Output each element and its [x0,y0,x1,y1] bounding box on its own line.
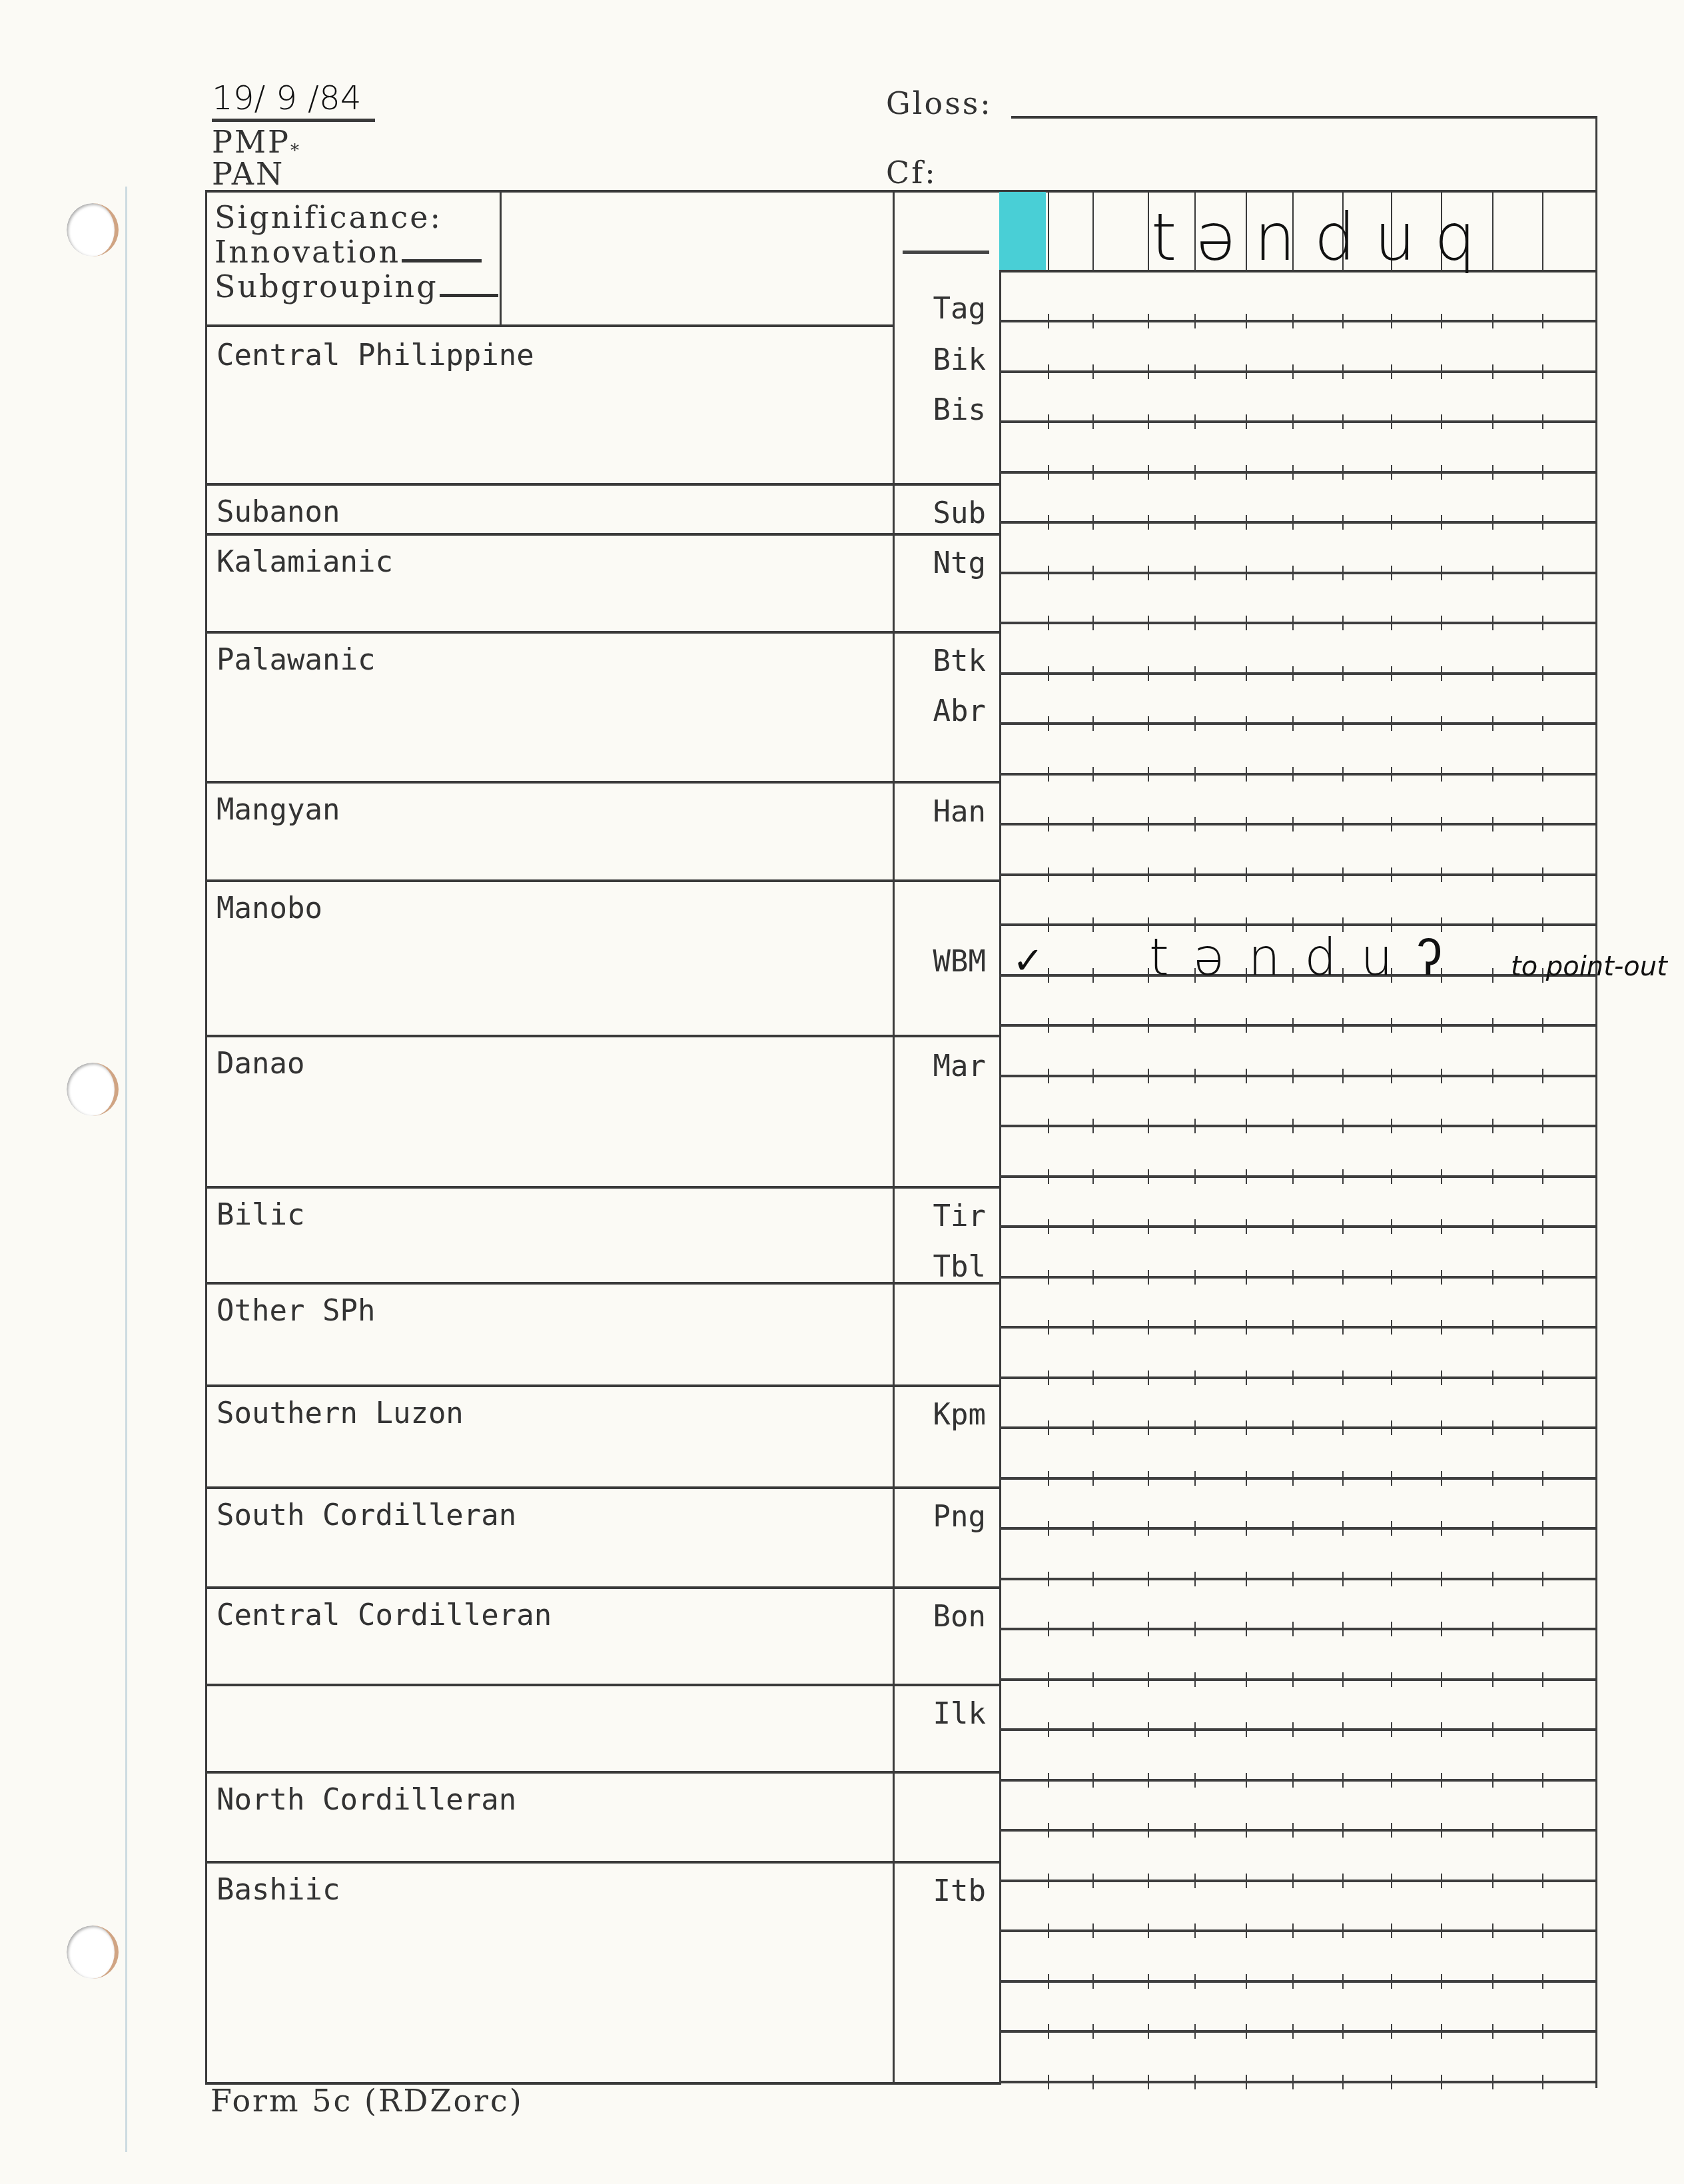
rule-tick [1542,465,1543,480]
rule-tick [1292,1471,1294,1486]
rule-tick [1391,1420,1392,1435]
innovation-field[interactable] [402,239,482,263]
rule-tick [1194,616,1196,630]
rule-tick [1048,414,1049,429]
rule-tick [1441,1874,1442,1888]
rule-tick [1148,616,1149,630]
entry-rule [999,320,1595,322]
rule-tick [1441,465,1442,480]
rule-tick [1441,314,1442,328]
rule-tick [1194,1018,1196,1033]
rule-tick [1292,1420,1294,1435]
rule-tick [1342,1119,1344,1133]
ruled-area-left-border [999,190,1001,2082]
rule-tick [1092,465,1094,480]
rule-tick [1194,414,1196,429]
rule-tick [1492,867,1493,882]
rule-tick [1441,1370,1442,1385]
group-name: Central Philippine [216,338,534,372]
rule-tick [1194,2075,1196,2089]
rule-tick [1441,1823,1442,1838]
rule-tick [1092,1370,1094,1385]
rule-tick [1048,917,1049,932]
rule-tick [1194,1270,1196,1285]
rule-tick [1194,1420,1196,1435]
rule-tick [1292,2075,1294,2089]
rule-tick [1292,515,1294,530]
rule-tick [1342,1672,1344,1687]
rule-tick [1441,2075,1442,2089]
rule-tick [1148,1672,1149,1687]
entry-rule [999,1276,1595,1279]
group-divider [205,631,1001,634]
group-name: Manobo [216,891,322,925]
rule-tick [1292,1672,1294,1687]
cf-field[interactable] [946,151,1592,188]
rule-tick [1492,1069,1493,1083]
rule-tick [1048,314,1049,328]
rule-tick [1342,1270,1344,1285]
rule-tick [1542,767,1543,782]
rule-tick [1441,515,1442,530]
rule-tick [1441,1169,1442,1184]
rule-tick [1194,1622,1196,1636]
rule-tick [1292,1069,1294,1083]
rule-tick [1246,2024,1247,2039]
rule-tick [1194,2024,1196,2039]
rule-tick [1492,1874,1493,1888]
rule-tick [1441,566,1442,580]
group-name: Bashiic [216,1873,340,1907]
rule-tick [1441,1119,1442,1133]
innovation-label: Innovation [214,234,400,270]
header-bottom-line [205,324,895,327]
rule-tick [1391,314,1392,328]
rule-tick [1048,1773,1049,1788]
rule-tick [1542,1069,1543,1083]
rule-tick [1148,1923,1149,1938]
rule-tick [1092,616,1094,630]
language-code-png: Png [886,1500,986,1534]
rule-tick [1342,666,1344,681]
form-id: Form 5c (RDZorc) [210,2083,524,2119]
rule-tick [1048,1622,1049,1636]
rule-tick [1246,2075,1247,2089]
group-name: Palawanic [216,643,375,677]
rule-tick [1342,1521,1344,1536]
rule-tick [1148,1823,1149,1838]
rule-tick [1292,1823,1294,1838]
rule-tick [1342,2075,1344,2089]
rule-tick [1092,515,1094,530]
rule-tick [1492,314,1493,328]
rule-tick [1492,515,1493,530]
rule-tick [1342,1722,1344,1737]
rule-tick [1342,1169,1344,1184]
rule-tick [1246,1874,1247,1888]
rule-tick [1441,1622,1442,1636]
rule-tick [1391,666,1392,681]
rule-tick [1391,1219,1392,1234]
entry-rule [999,1628,1595,1630]
rule-tick [1391,1722,1392,1737]
rule-tick [1492,1119,1493,1133]
rule-tick [1092,1018,1094,1033]
rule-tick [1048,465,1049,480]
rule-tick [1391,1923,1392,1938]
group-divider [205,1486,1001,1489]
rule-tick [1391,1471,1392,1486]
language-code-han: Han [886,795,986,829]
group-name: Mangyan [216,793,340,827]
group-divider [205,1035,1001,1037]
rule-tick [1048,1119,1049,1133]
rule-tick [1342,2024,1344,2039]
rule-tick [1441,1320,1442,1335]
rule-tick [1246,666,1247,681]
rule-tick [1048,1471,1049,1486]
rule-tick [1342,1923,1344,1938]
rule-tick [1148,364,1149,379]
rule-tick [1342,566,1344,580]
rule-tick [1148,314,1149,328]
rule-tick [1194,1672,1196,1687]
rule-tick [1391,1370,1392,1385]
rule-tick [1441,1018,1442,1033]
rule-tick [1492,465,1493,480]
rule-tick [1194,817,1196,831]
level-2-label: PAN [212,156,284,192]
rule-tick [1542,1270,1543,1285]
language-code-ilk: Ilk [886,1697,986,1731]
prefix-blank-line [903,251,989,254]
right-border [1595,116,1597,2088]
rule-tick [1148,1270,1149,1285]
rule-tick [1148,465,1149,480]
rule-tick [1048,716,1049,731]
rule-tick [1492,1320,1493,1335]
rule-tick [1048,515,1049,530]
rule-tick [1246,1974,1247,1989]
rule-tick [1092,364,1094,379]
rule-tick [1391,414,1392,429]
entry-rule [999,1728,1595,1731]
subgrouping-field[interactable] [440,274,498,297]
rule-tick [1542,2075,1543,2089]
rule-tick [1246,767,1247,782]
rule-tick [1194,1974,1196,1989]
letter-cell-divider [1092,192,1094,271]
rule-tick [1342,1622,1344,1636]
rule-tick [1342,1773,1344,1788]
rule-tick [1194,364,1196,379]
rule-tick [1391,1018,1392,1033]
rule-tick [1292,414,1294,429]
rule-tick [1542,1521,1543,1536]
rule-tick [1092,1069,1094,1083]
rule-tick [1246,1169,1247,1184]
entry-rule [999,1477,1595,1480]
rule-tick [1194,1169,1196,1184]
rule-tick [1492,1622,1493,1636]
rule-tick [1148,1722,1149,1737]
entry-rule [999,1225,1595,1228]
rule-tick [1441,414,1442,429]
rule-tick [1391,616,1392,630]
rule-tick [1292,1320,1294,1335]
rule-tick [1342,1420,1344,1435]
rule-tick [1048,566,1049,580]
rule-tick [1391,1974,1392,1989]
rule-tick [1092,1521,1094,1536]
gloss-label: Gloss: [886,85,993,121]
group-name: Bilic [216,1198,304,1232]
rule-tick [1194,1773,1196,1788]
language-code-bik: Bik [886,343,986,377]
rule-tick [1092,716,1094,731]
language-code-tbl: Tbl [886,1250,986,1284]
rule-tick [1092,1923,1094,1938]
left-border [205,190,207,2082]
rule-tick [1048,1722,1049,1737]
entry-rule [999,1426,1595,1429]
rule-tick [1391,1823,1392,1838]
rule-tick [1391,1521,1392,1536]
rule-tick [1246,616,1247,630]
rule-tick [1246,1672,1247,1687]
rule-tick [1542,666,1543,681]
rule-tick [1441,1974,1442,1989]
rule-tick [1246,867,1247,882]
language-code-wbm: WBM [886,945,986,979]
rule-tick [1292,364,1294,379]
group-name: Other SPh [216,1294,375,1328]
rule-tick [1194,1320,1196,1335]
rule-tick [1246,1219,1247,1234]
rule-tick [1292,566,1294,580]
rule-tick [1342,1572,1344,1586]
rule-tick [1391,364,1392,379]
rule-tick [1292,2024,1294,2039]
group-name: Danao [216,1047,304,1081]
rule-tick [1542,1823,1543,1838]
rule-tick [1542,1119,1543,1133]
rule-tick [1492,1773,1493,1788]
rule-tick [1148,1974,1149,1989]
rule-tick [1246,364,1247,379]
rule-tick [1148,716,1149,731]
rule-tick [1246,566,1247,580]
rule-tick [1542,1370,1543,1385]
entry-rule [999,471,1595,474]
rule-tick [1441,1420,1442,1435]
rule-tick [1391,2024,1392,2039]
wbm-check-mark: ✓ [1013,939,1044,983]
rule-tick [1342,1219,1344,1234]
rule-tick [1092,314,1094,328]
subgrouping-label: Subgrouping [214,269,438,304]
rule-tick [1148,1572,1149,1586]
rule-tick [1194,515,1196,530]
rule-tick [1148,1420,1149,1435]
group-divider [205,483,1001,486]
rule-tick [1048,616,1049,630]
rule-tick [1342,515,1344,530]
entry-rule [999,572,1595,574]
rule-tick [1148,817,1149,831]
rule-tick [1292,616,1294,630]
rule-tick [1342,1471,1344,1486]
rule-tick [1292,1521,1294,1536]
rule-tick [1048,1270,1049,1285]
rule-tick [1542,1722,1543,1737]
rule-tick [1048,2075,1049,2089]
rule-tick [1048,1672,1049,1687]
language-code-ntg: Ntg [886,546,986,580]
rule-tick [1292,666,1294,681]
rule-tick [1492,817,1493,831]
rule-tick [1246,1923,1247,1938]
rule-tick [1194,314,1196,328]
rule-tick [1542,314,1543,328]
rule-tick [1391,1169,1392,1184]
rule-tick [1492,1370,1493,1385]
rule-tick [1048,1874,1049,1888]
date-written: 19/ 9 /84 [212,79,362,117]
entry-rule [999,1578,1595,1580]
rule-tick [1092,767,1094,782]
rule-tick [1194,1119,1196,1133]
group-divider [205,1186,1001,1189]
rule-tick [1492,1572,1493,1586]
rule-tick [1092,1320,1094,1335]
language-code-bis: Bis [886,393,986,427]
rule-tick [1048,666,1049,681]
entry-rule [999,622,1595,624]
rule-tick [1542,817,1543,831]
rule-tick [1092,1773,1094,1788]
rule-tick [1492,414,1493,429]
rule-tick [1342,1874,1344,1888]
rule-tick [1048,1370,1049,1385]
rule-tick [1542,1320,1543,1335]
rule-tick [1048,1923,1049,1938]
language-code-abr: Abr [886,694,986,728]
group-divider [205,781,1001,784]
rule-tick [1148,566,1149,580]
rule-tick [1246,1823,1247,1838]
rule-tick [1441,666,1442,681]
rule-tick [1194,716,1196,731]
rule-tick [1342,364,1344,379]
rule-tick [1391,1773,1392,1788]
rule-tick [1441,1672,1442,1687]
rule-tick [1342,1069,1344,1083]
rule-tick [1246,1018,1247,1033]
binder-hole-middle [67,1063,119,1116]
rule-tick [1342,716,1344,731]
rule-tick [1441,716,1442,731]
rule-tick [1441,364,1442,379]
rule-tick [1441,2024,1442,2039]
subgrouping-row: Subgrouping [214,269,498,304]
entry-rule [999,1326,1595,1329]
rule-tick [1492,917,1493,932]
rule-tick [1441,1270,1442,1285]
entry-rule [999,2081,1595,2083]
rule-tick [1542,867,1543,882]
rule-tick [1092,1169,1094,1184]
rule-tick [1542,1572,1543,1586]
rule-tick [1048,2024,1049,2039]
letter-cell-divider [1542,192,1543,271]
rule-tick [1092,666,1094,681]
rule-tick [1246,1521,1247,1536]
rule-tick [1048,1572,1049,1586]
rule-tick [1542,1923,1543,1938]
gloss-field[interactable] [1013,80,1592,116]
language-code-kpm: Kpm [886,1398,986,1432]
rule-tick [1492,767,1493,782]
rule-tick [1542,2024,1543,2039]
asterisk-mark: * [290,141,301,161]
rule-tick [1092,1874,1094,1888]
rule-tick [1391,1672,1392,1687]
rule-tick [1048,1069,1049,1083]
rule-tick [1292,1622,1294,1636]
rule-tick [1092,566,1094,580]
rule-tick [1246,1572,1247,1586]
rule-tick [1092,1270,1094,1285]
rule-tick [1246,1270,1247,1285]
rule-tick [1342,1974,1344,1989]
rule-tick [1441,616,1442,630]
rule-tick [1292,767,1294,782]
group-divider [205,1384,1001,1387]
rule-tick [1092,1219,1094,1234]
rule-tick [1148,1069,1149,1083]
rule-tick [1492,1270,1493,1285]
rule-tick [1148,1874,1149,1888]
binder-hole-bottom [67,1925,119,1979]
rule-tick [1292,1018,1294,1033]
rule-tick [1342,414,1344,429]
rule-tick [1492,1823,1493,1838]
rule-tick [1292,1169,1294,1184]
rule-tick [1542,414,1543,429]
wbm-gloss-note: to point-out [1511,951,1667,982]
rule-tick [1391,566,1392,580]
rule-tick [1292,1572,1294,1586]
group-name: Southern Luzon [216,1396,464,1430]
rule-tick [1292,314,1294,328]
rule-tick [1194,465,1196,480]
rule-tick [1292,716,1294,731]
rule-tick [1194,1874,1196,1888]
significance-notes-field[interactable] [506,197,886,320]
rule-tick [1542,1219,1543,1234]
rule-tick [1542,515,1543,530]
language-code-btk: Btk [886,644,986,678]
entry-rule [999,370,1595,373]
rule-tick [1391,1069,1392,1083]
rule-tick [1542,1974,1543,1989]
rule-tick [1391,817,1392,831]
rule-tick [1391,1572,1392,1586]
rule-tick [1391,2075,1392,2089]
entry-rule [999,672,1595,675]
rule-tick [1246,414,1247,429]
